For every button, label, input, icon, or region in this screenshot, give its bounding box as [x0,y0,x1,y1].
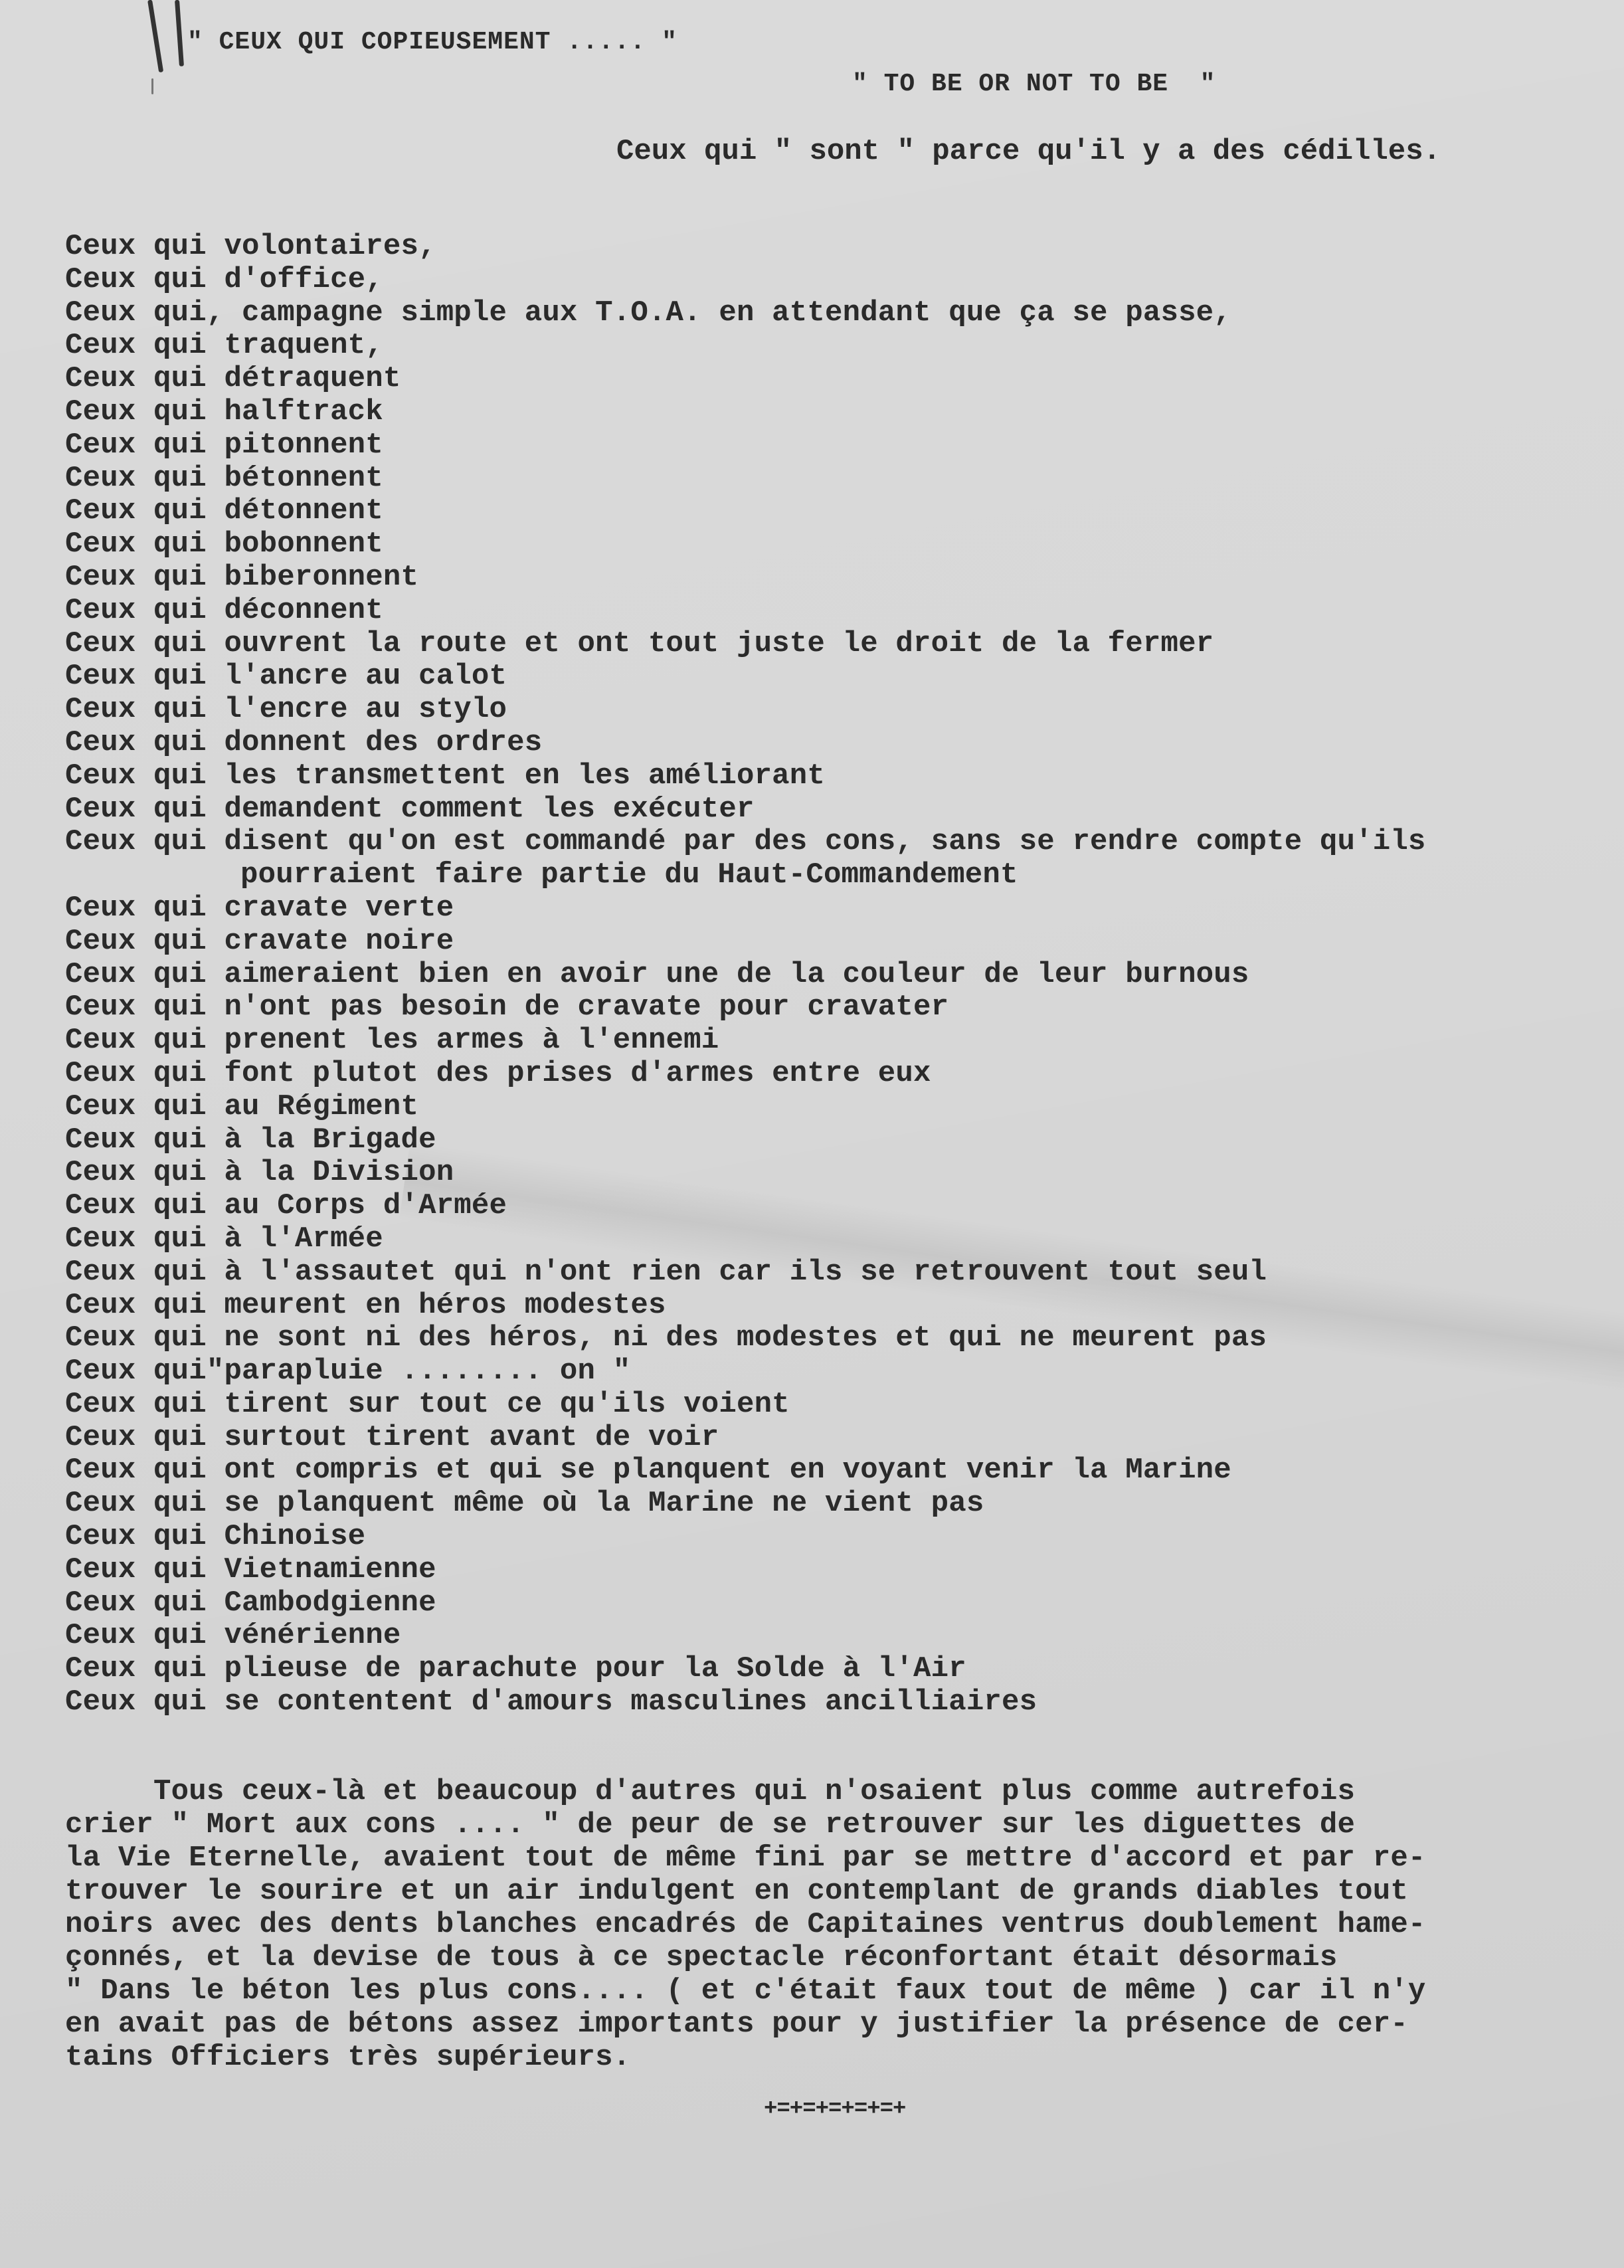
list-item: Ceux qui à l'Armée [65,1223,1426,1256]
list-item: Ceux qui"parapluie ........ on " [65,1355,1426,1388]
list-item-text: Ceux qui bétonnent [65,462,383,495]
list-item-text: Ceux qui volontaires, [65,230,436,263]
document-title: " CEUX QUI COPIEUSEMENT ..... " [187,28,677,56]
list-item: Ceux qui biberonnent [65,561,1426,595]
list-item: Ceux qui Chinoise [65,1521,1426,1554]
list-item-text: Ceux qui traquent, [65,329,383,362]
list-item: Ceux qui l'ancre au calot [65,660,1426,694]
list-item-text: Ceux qui donnent des ordres [65,726,542,759]
list-item-text: Ceux qui se contentent d'amours masculin… [65,1685,1037,1719]
list-item: Ceux qui disent qu'on est commandé par d… [65,826,1426,892]
list-item-text: Ceux qui disent qu'on est commandé par d… [65,825,1426,858]
list-item-text: Ceux qui déconnent [65,594,383,627]
list-item: Ceux qui à la Brigade [65,1124,1426,1157]
list-item: Ceux qui plieuse de parachute pour la So… [65,1653,1426,1686]
list-item: Ceux qui aimeraient bien en avoir une de… [65,959,1426,992]
list-item: Ceux qui font plutot des prises d'armes … [65,1058,1426,1091]
list-item-text: Ceux qui plieuse de parachute pour la So… [65,1652,966,1685]
list-item: Ceux qui prenent les armes à l'ennemi [65,1024,1426,1058]
margin-pen-mark [175,0,184,66]
list-item-text: Ceux qui biberonnent [65,561,418,594]
list-item: Ceux qui ne sont ni des héros, ni des mo… [65,1322,1426,1355]
list-item-text: Ceux qui d'office, [65,263,383,296]
list-item: Ceux qui d'office, [65,264,1426,297]
list-item-text: Ceux qui ne sont ni des héros, ni des mo… [65,1321,1267,1355]
list-item: Ceux qui vénérienne [65,1620,1426,1653]
list-item: Ceux qui demandent comment les exécuter [65,793,1426,826]
list-item-text: Ceux qui surtout tirent avant de voir [65,1421,719,1454]
list-item: Ceux qui détraquent [65,363,1426,396]
list-item-text: Ceux qui tirent sur tout ce qu'ils voien… [65,1388,790,1421]
list-item: Ceux qui bobonnent [65,528,1426,561]
paragraph-line: trouver le sourire et un air indulgent e… [65,1875,1426,1908]
paragraph-line: " Dans le béton les plus cons.... ( et c… [65,1974,1426,2008]
list-item: Ceux qui tirent sur tout ce qu'ils voien… [65,1388,1426,1422]
list-item: Ceux qui à la Division [65,1157,1426,1190]
list-item: Ceux qui cravate verte [65,892,1426,925]
list-item-text: Ceux qui aimeraient bien en avoir une de… [65,958,1249,991]
list-item-text: Ceux qui à la Brigade [65,1123,436,1157]
paragraph-line: noirs avec des dents blanches encadrés d… [65,1908,1426,1941]
list-item-continuation: pourraient faire partie du Haut-Commande… [65,859,1426,892]
list-item-text: Ceux qui à l'assautet qui n'ont rien car… [65,1256,1267,1289]
list-item: Ceux qui se planquent même où la Marine … [65,1487,1426,1521]
document-epigraph: Ceux qui " sont " parce qu'il y a des cé… [616,135,1441,168]
margin-pen-mark [151,78,153,94]
paragraph-line: Tous ceux-là et beaucoup d'autres qui n'… [65,1775,1426,1808]
list-item: Ceux qui ont compris et qui se planquent… [65,1454,1426,1487]
list-item: Ceux qui les transmettent en les amélior… [65,760,1426,793]
closing-ornament: +=+=+=+=+=+ [764,2097,905,2122]
list-item-text: Ceux qui vénérienne [65,1619,401,1652]
list-item: Ceux qui pitonnent [65,429,1426,462]
paragraph-line: crier " Mort aux cons .... " de peur de … [65,1808,1426,1842]
paragraph-line: çonnés, et la devise de tous à ce specta… [65,1941,1426,1974]
list-item-text: Ceux qui Cambodgienne [65,1586,436,1620]
document-subtitle: " TO BE OR NOT TO BE " [852,70,1216,98]
list-item: Ceux qui donnent des ordres [65,727,1426,760]
list-item: Ceux qui déconnent [65,595,1426,628]
list-item-text: Ceux qui demandent comment les exécuter [65,793,755,826]
list-item-text: Ceux qui cravate noire [65,925,454,958]
list-item: Ceux qui cravate noire [65,925,1426,959]
list-item: Ceux qui volontaires, [65,231,1426,264]
list-item-text: Ceux qui au Régiment [65,1090,418,1123]
list-item: Ceux qui meurent en héros modestes [65,1289,1426,1323]
list-item-text: Ceux qui Chinoise [65,1520,365,1553]
list-item-text: Ceux qui bobonnent [65,527,383,561]
list-item: Ceux qui ouvrent la route et ont tout ju… [65,628,1426,661]
list-item-text: Ceux qui, campagne simple aux T.O.A. en … [65,296,1231,330]
list-item: Ceux qui bétonnent [65,462,1426,496]
list-item: Ceux qui Vietnamienne [65,1554,1426,1587]
list-item: Ceux qui se contentent d'amours masculin… [65,1686,1426,1719]
paragraph-line: tains Officiers très supérieurs. [65,2041,1426,2074]
list-item: Ceux qui Cambodgienne [65,1587,1426,1620]
list-item-text: Ceux qui halftrack [65,395,383,428]
list-item-text: Ceux qui font plutot des prises d'armes … [65,1057,931,1090]
margin-pen-mark [147,0,163,72]
ceux-qui-list: Ceux qui volontaires,Ceux qui d'office,C… [65,231,1426,1719]
list-item-text: Ceux qui"parapluie ........ on " [65,1355,630,1388]
list-item-text: Ceux qui au Corps d'Armée [65,1189,507,1222]
list-item: Ceux qui, campagne simple aux T.O.A. en … [65,297,1426,330]
list-item: Ceux qui au Régiment [65,1091,1426,1124]
closing-paragraph: Tous ceux-là et beaucoup d'autres qui n'… [65,1775,1426,2074]
list-item-text: Ceux qui à l'Armée [65,1222,383,1256]
list-item-text: Ceux qui détonnent [65,494,383,527]
list-item-text: Ceux qui l'ancre au calot [65,660,507,693]
list-item: Ceux qui détonnent [65,495,1426,528]
list-item-text: Ceux qui meurent en héros modestes [65,1289,666,1322]
list-item: Ceux qui au Corps d'Armée [65,1190,1426,1223]
paragraph-line: en avait pas de bétons assez importants … [65,2008,1426,2041]
list-item-text: Ceux qui se planquent même où la Marine … [65,1487,984,1520]
list-item-text: Ceux qui Vietnamienne [65,1553,436,1586]
list-item-text: Ceux qui à la Division [65,1156,454,1189]
list-item: Ceux qui surtout tirent avant de voir [65,1422,1426,1455]
list-item-text: Ceux qui prenent les armes à l'ennemi [65,1024,719,1057]
list-item-text: Ceux qui l'encre au stylo [65,693,507,726]
list-item: Ceux qui l'encre au stylo [65,694,1426,727]
list-item: Ceux qui traquent, [65,330,1426,363]
list-item: Ceux qui à l'assautet qui n'ont rien car… [65,1256,1426,1289]
list-item-text: Ceux qui détraquent [65,362,401,395]
list-item-text: Ceux qui ont compris et qui se planquent… [65,1454,1231,1487]
paragraph-line: la Vie Eternelle, avaient tout de même f… [65,1842,1426,1875]
list-item-text: Ceux qui n'ont pas besoin de cravate pou… [65,991,948,1024]
list-item-text: Ceux qui les transmettent en les amélior… [65,759,825,793]
typewritten-page: " CEUX QUI COPIEUSEMENT ..... " " TO BE … [0,0,1624,2268]
list-item: Ceux qui halftrack [65,396,1426,429]
list-item-text: Ceux qui ouvrent la route et ont tout ju… [65,627,1214,660]
list-item-text: Ceux qui pitonnent [65,428,383,462]
list-item-text: Ceux qui cravate verte [65,892,454,925]
list-item: Ceux qui n'ont pas besoin de cravate pou… [65,991,1426,1024]
